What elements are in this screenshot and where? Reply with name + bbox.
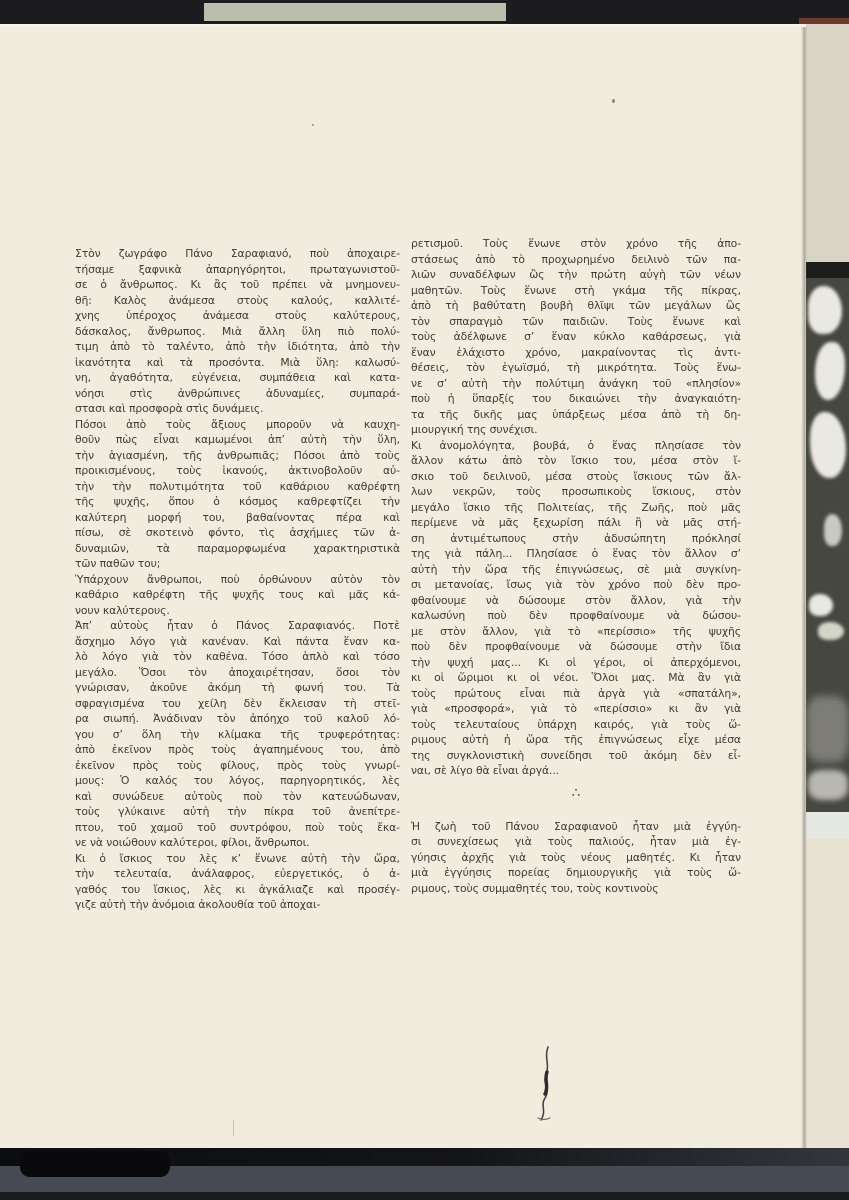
text-line: ἱκανότητακαὶτὰπροσόντα.Μιὰὕλη:καλωσύ- bbox=[75, 355, 400, 371]
photo-light-patch bbox=[808, 770, 848, 800]
text-line: γουσ’ὅλητὴνκλίμακατῆςτρυφερότητας: bbox=[75, 727, 400, 743]
text-line: τῆςψυχῆς,ὅπουὁκόσμοςκαθρεφτίζειτὴν bbox=[75, 494, 400, 510]
text-line: τὴντὴνπολυτιμότητατοῦκαθάριουκαθρέφτη bbox=[75, 479, 400, 495]
text-line: ἩζωὴτοῦΠάνουΣαραφιανοῦἦτανμιὰἐγγύη- bbox=[411, 819, 741, 835]
text-line: δάσκαλος,ἄνθρωπος.Μιὰἄλληὕληπιὸπολύ- bbox=[75, 324, 400, 340]
text-line: γύησιςἀρχῆςγιὰτοὺςνέουςμαθητές.Κιἦταν bbox=[411, 850, 741, 866]
text-line: σφραγισμένατουχείληδὲνἔκλεισαντὴστεῖ- bbox=[75, 696, 400, 712]
text-line: τοὺςτελευταίουςὑπάρχηκαιρός,γιὰτοὺςὥ- bbox=[411, 717, 741, 733]
text-line: προικισμένους,τοὺςἱκανούς,ἀκτινοβολοῦναὐ… bbox=[75, 463, 400, 479]
underlying-page-top bbox=[806, 24, 849, 262]
photo-edge-strip bbox=[806, 262, 849, 812]
text-line: αὐτὴτὴνὥρατῆςἐπιγνώσεως,σὲμιὰσυγκίνη- bbox=[411, 562, 741, 578]
text-line: μεγάλο.Ὅσοιτὸνἀποχαιρέτησαν,ὅσοιτὸν bbox=[75, 665, 400, 681]
text-line: μεστὸνἄλλον,γιὰτὸ«περίσσιο»τῆςψυχῆς bbox=[411, 624, 741, 640]
text-line: θέσεις,τὸνἐγωϊσμό,τὴμικρότητα.Τοὺςἕνω- bbox=[411, 360, 741, 376]
text-line: ἀπὸἐκεῖνονπρὸςτοὺςἀγαπημένουςτου,ἀπὸ bbox=[75, 742, 400, 758]
text-line: ἄλλονκάτωἀπὸτὸνἴσκιοτου,μέσαστὸνἴ- bbox=[411, 453, 741, 469]
text-line: λὸλόγογιὰτὸνκαθένα.Τόσοἁπλὸκαὶτόσο bbox=[75, 649, 400, 665]
text-line: ποὺδὲνπροφθαίνουμενὰδώσουμεστὴνἴδια bbox=[411, 639, 741, 655]
text-line: ριμους, τοὺς συμμαθητές του, τοὺς κοντιν… bbox=[411, 881, 741, 897]
text-line: ἐκεῖνονπρὸςτοὺςφίλους,πρὸςτοὺςγνωρί- bbox=[75, 758, 400, 774]
text-line: σκιοτοῦδειλινοῦ,μέσαστοὺςἴσκιουςτῶνἄλ- bbox=[411, 469, 741, 485]
text-line: μεγάλοἴσκιοτῆςΠολιτείας,τῆςΖωῆς,ποὺμᾶς bbox=[411, 500, 741, 516]
paragraph: Πόσοιἀπὸτοὺςἄξιουςμποροῦννὰκαυχη-θοῦνπὼς… bbox=[75, 417, 400, 572]
scan-bottom-blob bbox=[20, 1151, 170, 1177]
scan-bottom-edge bbox=[0, 1192, 849, 1200]
photo-highlight-blob bbox=[818, 622, 844, 640]
paragraph: Κιἀνομολόγητα,βουβά,ὁἕναςπλησίασετὸνἄλλο… bbox=[411, 438, 741, 779]
text-line: ρασιωπή.Ἀνάδιναντὸνἀπόηχοτοῦκαλοῦλό- bbox=[75, 711, 400, 727]
text-line: καλωσύνηποὺδὲνπροφθαίνουμενὰδώσου- bbox=[411, 608, 741, 624]
text-line: μους:Ὁκαλόςτουλόγος,παρηγορητικός,λὲς bbox=[75, 773, 400, 789]
text-line: νεσ’αὐτὴτὴνπολύτιμηἀνάγκητοῦ«πλησίον» bbox=[411, 376, 741, 392]
text-line: νη,ἀγαθότητα,εὐγένεια,συμπάθειακαὶκατα- bbox=[75, 370, 400, 386]
text-line: χνηςὑπέροχοςἀνάμεσαστοὺςκαλύτερους, bbox=[75, 308, 400, 324]
text-line: θῆ:Καλὸςἀνάμεσαστοὺςκαλούς,καλλιτέ- bbox=[75, 293, 400, 309]
underlying-page-light-band bbox=[806, 812, 849, 838]
scan-speck bbox=[612, 99, 615, 103]
text-line: τιμηἀπὸτὸταλέντο,ἀπὸτὴνἰδιότητα,ἀπὸτὴν bbox=[75, 339, 400, 355]
ink-squiggle-mark bbox=[534, 1044, 560, 1124]
text-line: περίμενενὰμᾶςξεχωρίσηπάλιἢνὰμᾶςστή- bbox=[411, 515, 741, 531]
text-line: στάσεωςἀπὸτὸπροχωρημένοδειλινὸτῶνπα- bbox=[411, 252, 741, 268]
text-line: σεὁἄνθρωπος.Κιἂςτοῦπρέπεινὰμνημονευ- bbox=[75, 277, 400, 293]
text-line: λιῶνσυναδέλφωνὣςτὴνπρώτηαὐγὴτῶννέων bbox=[411, 267, 741, 283]
text-line: πτου,τοῦχαμοῦτοῦσυντρόφου,ποὺτοὺςἔκα- bbox=[75, 820, 400, 836]
photo-highlight-blob bbox=[810, 412, 846, 478]
page-edge-shadow bbox=[801, 24, 807, 1148]
text-line: Πόσοιἀπὸτοὺςἄξιουςμποροῦννὰκαυχη- bbox=[75, 417, 400, 433]
paragraph: ΣτὸνζωγράφοΠάνοΣαραφιανό,ποὺἀποχαιρε-τήσ… bbox=[75, 246, 400, 417]
text-line: τηςσυγκλονιστικὴσυνείδησιτοῦἀκόμηδὲνεἶ- bbox=[411, 748, 741, 764]
text-line: τὴνἁγιασμένη,τῆςἀνθρωπιᾶς;Πόσοιἀπὸτοὺς bbox=[75, 448, 400, 464]
text-line: θοῦνπὼςεἶναικαμωμένοιἀπ’αὐτὴτὴνὕλη, bbox=[75, 432, 400, 448]
paragraph: ρετισμοῦ.Τοὺςἕνωνεστὸνχρόνοτῆςἀπο-στάσεω… bbox=[411, 236, 741, 438]
paper-top-edge bbox=[0, 24, 806, 27]
text-line: μιουργική της συνέχισι. bbox=[411, 422, 741, 438]
text-line: ριμουςαὐτὴἡὥρατῆςἐπιγνώσεωςεἶχεμέσα bbox=[411, 732, 741, 748]
scan-bottom-strip bbox=[0, 1148, 849, 1200]
text-line: τοὺςπρώτουςεἶναιπιὰἀργὰγιὰ«σπατάλη», bbox=[411, 686, 741, 702]
paragraph: Ἀπ’αὐτοὺςἦτανὁΠάνοςΣαραφιανός.Ποτὲἄσχημο… bbox=[75, 618, 400, 851]
text-line: τατῆςδικῆςμαςὑπάρξεωςμέσαἀπὸτὴδη- bbox=[411, 407, 741, 423]
text-line: Κιἀνομολόγητα,βουβά,ὁἕναςπλησίασετὸν bbox=[411, 438, 741, 454]
text-line: γνώρισαν,ἀκοῦνεἀκόμητὴφωνήτου.Τὰ bbox=[75, 680, 400, 696]
text-line: φθαίνουμενὰδώσουμεστὸνἄλλον,γιὰτὴν bbox=[411, 593, 741, 609]
text-line: ἄσχημολόγογιὰκανέναν.Καὶπάνταἕνανκα- bbox=[75, 634, 400, 650]
photo-highlight-blob bbox=[815, 342, 845, 400]
photo-highlight-blob bbox=[809, 594, 833, 616]
text-line: καλύτερημορφήτου,βαθαίνονταςπέρακαὶ bbox=[75, 510, 400, 526]
text-line: ΣτὸνζωγράφοΠάνοΣαραφιανό,ποὺἀποχαιρε- bbox=[75, 246, 400, 262]
photo-highlight-blob bbox=[824, 514, 842, 546]
text-line: σισυνεχίσεωςγιὰτοὺςπαλιούς,ἦτανμιὰἐγ- bbox=[411, 834, 741, 850]
text-line: καθάριοκαθρέφτητῆςψυχῆςτουςκαὶμᾶςκά- bbox=[75, 587, 400, 603]
text-line: ρετισμοῦ.Τοὺςἕνωνεστὸνχρόνοτῆςἀπο- bbox=[411, 236, 741, 252]
paragraph: Κιὁἴσκιοςτουλὲςκ’ἕνωνεαὐτὴτὴνὥρα,τὴντελε… bbox=[75, 851, 400, 913]
text-line: τηςγιὰπάλη...Πλησίασεὁἕναςτὸνἄλλονσ’ bbox=[411, 546, 741, 562]
text-line: ναι, σὲ λίγο θὰ εἶναι ἀργά... bbox=[411, 763, 741, 779]
text-line: ποὺἡὕπαρξίςτουδικαιώνειτὴνἀναγκαιότη- bbox=[411, 391, 741, 407]
text-line: σιμετανοίας,ἴσωςγιὰτὸνχρόνοποὺδὲνπρο- bbox=[411, 577, 741, 593]
text-line: ἕνανἐλάχιστοχρόνο,μακραίνονταςτὶςἀντι- bbox=[411, 345, 741, 361]
scanned-page: ΣτὸνζωγράφοΠάνοΣαραφιανό,ποὺἀποχαιρε-τήσ… bbox=[0, 0, 849, 1200]
text-line: λωννεκρῶν,τοὺςπροσωπικοὺςἴσκιους,στὸν bbox=[411, 484, 741, 500]
text-line: σηἀντιμέτωπουςστὴνἀδυσώπητηπρόκλησί bbox=[411, 531, 741, 547]
book-spine-line bbox=[799, 18, 849, 24]
text-line: στασι καὶ προσφορὰ στὶς δυνάμεις. bbox=[75, 401, 400, 417]
scan-hairline bbox=[233, 1120, 234, 1136]
asterism-ornament: ∴ bbox=[411, 785, 741, 803]
photo-highlight-blob bbox=[808, 286, 842, 334]
photo-fog-patch bbox=[806, 696, 849, 762]
text-line: γιζε αὐτὴ τὴν ἀνόμοια ἀκολουθία τοῦ ἀποχ… bbox=[75, 897, 400, 913]
text-line: μιὰἐγγύησιςπορείαςδημιουργικῆςγιὰτοὺςὥ- bbox=[411, 865, 741, 881]
text-line: κιοἱὥριμοικιοἱνέοι.Ὅλοιμας.Μὰἂνγιὰ bbox=[411, 670, 741, 686]
text-line: τήσαμεξαφνικὰἀπαρηγόρητοι,πρωταγωνιστοῦ- bbox=[75, 262, 400, 278]
scan-top-bar-accent bbox=[204, 3, 506, 21]
text-line: γαθόςτουἴσκιος,λὲςκιἀγκάλιαζεκαὶπροσέγ- bbox=[75, 882, 400, 898]
text-line: καὶσυνώδευεαὐτοὺςποὺτὸνκατευώδωναν, bbox=[75, 789, 400, 805]
text-line: Κιὁἴσκιοςτουλὲςκ’ἕνωνεαὐτὴτὴνὥρα, bbox=[75, 851, 400, 867]
text-line: μαθητῶν.Τοὺςἕνωνεστὴγκάματῆςπίκρας, bbox=[411, 283, 741, 299]
photo-dark-band bbox=[806, 262, 849, 278]
text-line: τὴντελευταία,ἀνάλαφρος,εὐεργετικός,ὁἀ- bbox=[75, 866, 400, 882]
text-line: νόησιστὶςἀνθρώπινεςἀδυναμίες,συμπαρά- bbox=[75, 386, 400, 402]
text-line: νε νὰ νοιώθουν καλύτεροι, φίλοι, ἄνθρωπο… bbox=[75, 835, 400, 851]
paragraph: Ὑπάρχουνἄνθρωποι,ποὺὀρθώνουναὐτὸντὸνκαθά… bbox=[75, 572, 400, 619]
text-line: γιὰ«προσφορά»,γιὰτὸ«περίσσιο»κιἂνγιὰ bbox=[411, 701, 741, 717]
text-line: ἀπὸτὴβαθύτατηβουβὴθλῖψιτῶνμεγάλωνὣς bbox=[411, 298, 741, 314]
text-line: Ὑπάρχουνἄνθρωποι,ποὺὀρθώνουναὐτὸντὸν bbox=[75, 572, 400, 588]
text-line: τοὺςγλύκαινεαὐτὴτὴνπίκρατοῦἀνεπίτρε- bbox=[75, 804, 400, 820]
text-line: τὸνσπαραγμὸτῶνπαιδιῶν.Τοὺςἕνωνεκαὶ bbox=[411, 314, 741, 330]
text-line: δυναμιῶν,τὰπαραμορφωμέναχαρακτηριστικὰ bbox=[75, 541, 400, 557]
text-line: τὴνψυχήμας...Κιοἱγέροι,οἱἀπερχόμενοι, bbox=[411, 655, 741, 671]
paragraph: ἩζωὴτοῦΠάνουΣαραφιανοῦἦτανμιὰἐγγύη-σισυν… bbox=[411, 819, 741, 897]
text-line: Ἀπ’αὐτοὺςἦτανὁΠάνοςΣαραφιανός.Ποτὲ bbox=[75, 618, 400, 634]
scan-speck bbox=[312, 124, 314, 126]
text-line: τῶν παθῶν του; bbox=[75, 556, 400, 572]
text-column-right: ρετισμοῦ.Τοὺςἕνωνεστὸνχρόνοτῆςἀπο-στάσεω… bbox=[411, 236, 741, 896]
text-line: νουν καλύτερους. bbox=[75, 603, 400, 619]
text-column-left: ΣτὸνζωγράφοΠάνοΣαραφιανό,ποὺἀποχαιρε-τήσ… bbox=[75, 246, 400, 913]
text-line: πίσω,σὲσκοτεινὸφόντο,τὶςἀσχήμιεςτῶνἀ- bbox=[75, 525, 400, 541]
text-line: τοὺςἀδέλφωνεσ’ἕνανκύκλοκαθάρσεως,γιὰ bbox=[411, 329, 741, 345]
